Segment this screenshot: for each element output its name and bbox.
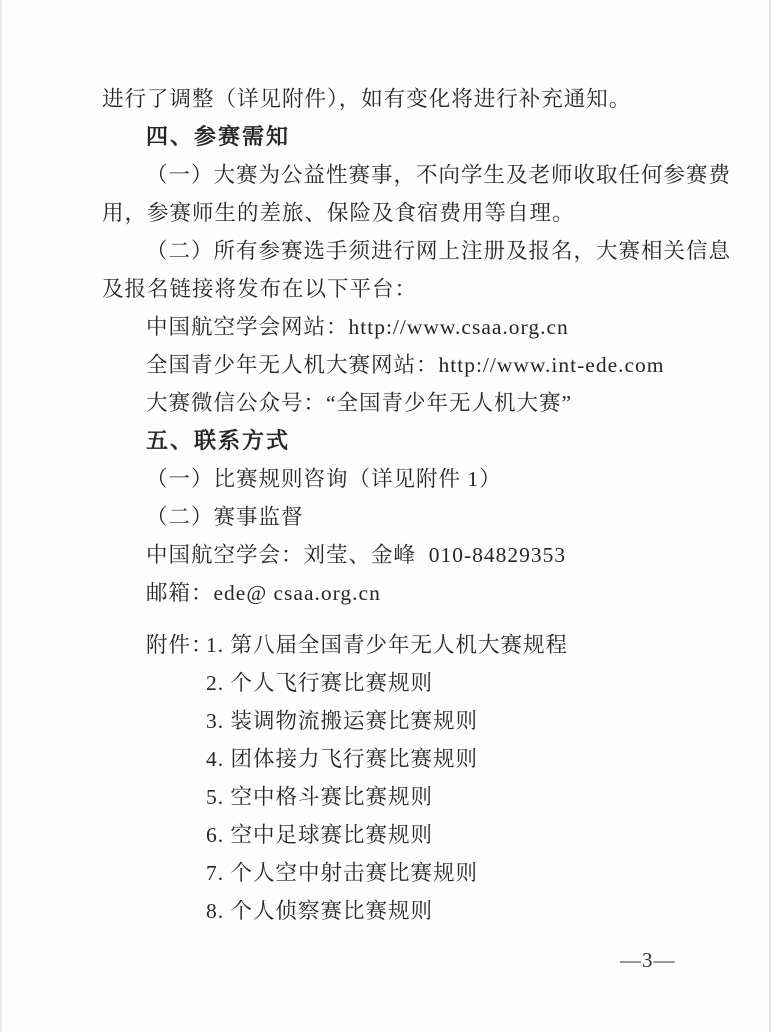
attachment-row: 8. 个人侦察赛比赛规则 xyxy=(146,892,712,930)
attachments-label: 附件： xyxy=(146,626,206,664)
attachment-item: 6. 空中足球赛比赛规则 xyxy=(206,816,433,854)
rules-consult-line: （一）比赛规则咨询（详见附件 1） xyxy=(146,460,712,498)
supervision-line: （二）赛事监督 xyxy=(146,498,712,536)
attachments-list: 附件： 1. 第八届全国青少年无人机大赛规程 2. 个人飞行赛比赛规则 3. 装… xyxy=(146,626,712,930)
csaa-website-line: 中国航空学会网站：http://www.csaa.org.cn xyxy=(146,308,712,346)
competition-website-line: 全国青少年无人机大赛网站：http://www.int-ede.com xyxy=(146,346,712,384)
paragraph-line: （一）大赛为公益性赛事，不向学生及老师收取任何参赛费 xyxy=(146,156,712,194)
contact-email-line: 邮箱：ede@ csaa.org.cn xyxy=(146,574,712,612)
attachment-item: 7. 个人空中射击赛比赛规则 xyxy=(206,854,478,892)
attachment-item: 8. 个人侦察赛比赛规则 xyxy=(206,892,433,930)
attachment-row: 6. 空中足球赛比赛规则 xyxy=(146,816,712,854)
section-heading-four: 四、参赛需知 xyxy=(146,118,712,156)
attachment-item: 1. 第八届全国青少年无人机大赛规程 xyxy=(206,626,568,664)
attachments-label-spacer xyxy=(146,892,206,930)
attachment-item: 4. 团体接力飞行赛比赛规则 xyxy=(206,740,478,778)
attachments-label-spacer xyxy=(146,664,206,702)
attachment-item: 5. 空中格斗赛比赛规则 xyxy=(206,778,433,816)
attachments-label-spacer xyxy=(146,740,206,778)
document-content: 进行了调整（详见附件），如有变化将进行补充通知。 四、参赛需知 （一）大赛为公益… xyxy=(102,80,712,930)
attachment-item: 2. 个人飞行赛比赛规则 xyxy=(206,664,433,702)
contact-phone-line: 中国航空学会：刘莹、金峰 010-84829353 xyxy=(146,536,712,574)
attachment-item: 3. 装调物流搬运赛比赛规则 xyxy=(206,702,478,740)
attachment-row: 4. 团体接力飞行赛比赛规则 xyxy=(146,740,712,778)
page-number: —3— xyxy=(620,948,676,973)
paragraph-line: 进行了调整（详见附件），如有变化将进行补充通知。 xyxy=(102,80,712,118)
attachment-row: 3. 装调物流搬运赛比赛规则 xyxy=(146,702,712,740)
attachments-label-spacer xyxy=(146,854,206,892)
paragraph-line: 及报名链接将发布在以下平台： xyxy=(102,270,712,308)
attachment-row: 2. 个人飞行赛比赛规则 xyxy=(146,664,712,702)
attachment-row: 7. 个人空中射击赛比赛规则 xyxy=(146,854,712,892)
attachments-label-spacer xyxy=(146,816,206,854)
paragraph-line: 用，参赛师生的差旅、保险及食宿费用等自理。 xyxy=(102,194,712,232)
attachment-row: 附件： 1. 第八届全国青少年无人机大赛规程 xyxy=(146,626,712,664)
section-heading-five: 五、联系方式 xyxy=(146,422,712,460)
paragraph-line: （二）所有参赛选手须进行网上注册及报名，大赛相关信息 xyxy=(146,232,712,270)
scan-edge-right xyxy=(769,0,771,1032)
attachment-row: 5. 空中格斗赛比赛规则 xyxy=(146,778,712,816)
scan-edge-left xyxy=(0,0,2,1032)
attachments-label-spacer xyxy=(146,778,206,816)
wechat-account-line: 大赛微信公众号：“全国青少年无人机大赛” xyxy=(146,384,712,422)
attachments-label-spacer xyxy=(146,702,206,740)
document-page: 进行了调整（详见附件），如有变化将进行补充通知。 四、参赛需知 （一）大赛为公益… xyxy=(0,0,776,1032)
